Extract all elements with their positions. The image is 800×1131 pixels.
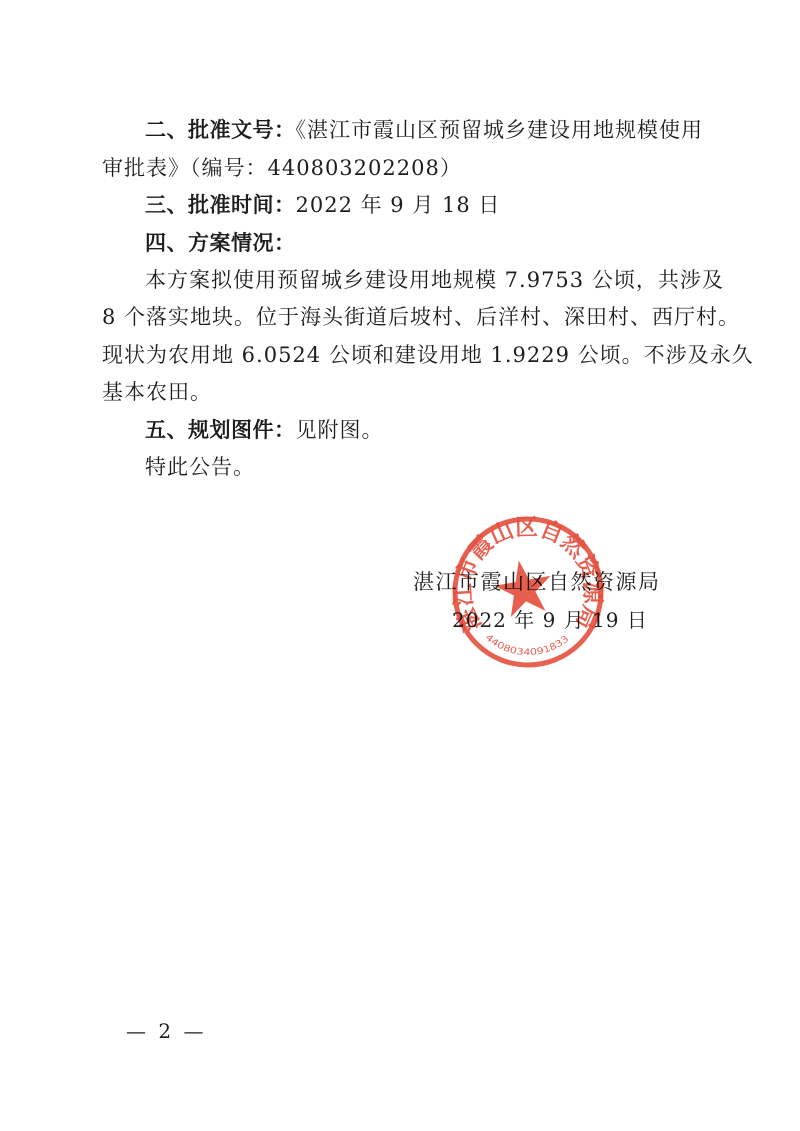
seal-star-icon <box>491 556 557 619</box>
doc-line: 四、方案情况： <box>102 229 785 257</box>
text-segment: 现状为农用地 6.0524 公顷和建设用地 1.9229 公顷。不涉及永久 <box>102 343 754 367</box>
svg-text:4408034091833: 4408034091833 <box>483 633 571 658</box>
doc-line: 现状为农用地 6.0524 公顷和建设用地 1.9229 公顷。不涉及永久 <box>102 341 742 369</box>
text-segment: 特此公告。 <box>145 455 255 479</box>
text-segment: 2022 年 9 月 18 日 <box>296 193 501 217</box>
text-segment: 《湛江市霞山区预留城乡建设用地规模使用 <box>296 118 704 142</box>
doc-line: 特此公告。 <box>102 453 785 481</box>
doc-line: 本方案拟使用预留城乡建设用地规模 7.9753 公顷，共涉及 <box>102 266 785 294</box>
text-segment: 本方案拟使用预留城乡建设用地规模 7.9753 公顷，共涉及 <box>145 268 724 292</box>
doc-line: 五、规划图件：见附图。 <box>102 416 785 444</box>
text-segment: 8 个落实地块。位于海头街道后坡村、后洋村、深田村、西厅村。 <box>102 305 740 329</box>
doc-line: 基本农田。 <box>102 378 742 406</box>
heading-segment: 三、批准时间： <box>145 193 296 217</box>
document-page: 二、批准文号：《湛江市霞山区预留城乡建设用地规模使用审批表》（编号：440803… <box>0 0 800 1131</box>
doc-line: 二、批准文号：《湛江市霞山区预留城乡建设用地规模使用 <box>102 116 785 144</box>
doc-line: 8 个落实地块。位于海头街道后坡村、后洋村、深田村、西厅村。 <box>102 303 742 331</box>
heading-segment: 二、批准文号： <box>145 118 296 142</box>
seal-ring-text: 湛江市霞山区自然资源局 <box>450 515 605 636</box>
text-segment: 审批表》（编号：440803202208） <box>102 156 462 180</box>
heading-segment: 四、方案情况： <box>145 231 296 255</box>
heading-segment: 五、规划图件： <box>145 418 296 442</box>
svg-text:湛江市霞山区自然资源局: 湛江市霞山区自然资源局 <box>450 515 605 636</box>
seal-code: 4408034091833 <box>483 633 571 658</box>
doc-line: 三、批准时间：2022 年 9 月 18 日 <box>102 191 785 219</box>
text-segment: 见附图。 <box>296 418 384 442</box>
page-number: — 2 — <box>126 1019 206 1043</box>
text-segment: 基本农田。 <box>102 380 212 404</box>
doc-line: 审批表》（编号：440803202208） <box>102 154 742 182</box>
official-seal: 湛江市霞山区自然资源局 4408034091833 <box>433 497 623 687</box>
